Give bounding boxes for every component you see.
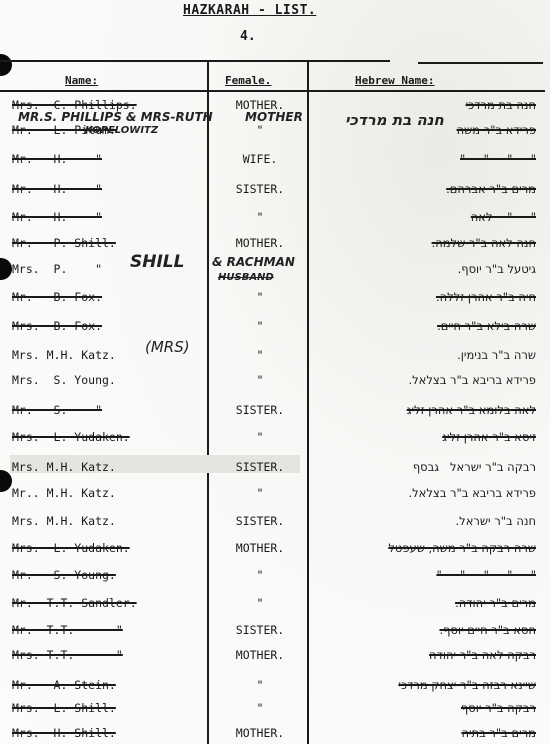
row-hebrew-name: " " לאה <box>301 210 536 224</box>
table-row: Mrs. L. Shill."רבקה ב"ר יוסף <box>0 701 550 721</box>
table-row: Mr.. M.H. Katz."פרידא בריבא ב"ר בצלאל. <box>0 486 550 506</box>
row-name: Mr. A. Stein. <box>12 678 116 692</box>
row-relation: SISTER. <box>210 460 310 474</box>
row-relation: MOTHER. <box>210 541 310 555</box>
row-hebrew-name: רבקה לאה ב"ר יהודה <box>301 648 536 662</box>
row-name: Mr.. M.H. Katz. <box>12 486 116 500</box>
row-relation: MOTHER. <box>210 236 310 250</box>
handwritten-hebrew: חנה בת מרדכי <box>345 111 444 129</box>
row-name: Mrs. H. Shill. <box>12 726 116 740</box>
table-row: Mr. A. Stein."שיינא רבזה ב"ר יצחק מרדכי <box>0 678 550 698</box>
row-relation: " <box>210 290 310 304</box>
row-name: Mr. T.T. Sandler. <box>12 596 137 610</box>
row-relation: " <box>210 373 310 387</box>
row-hebrew-name: מרים ב"ר בתיה <box>301 726 536 740</box>
row-name: Mr. S. Young. <box>12 568 116 582</box>
row-relation: " <box>210 568 310 582</box>
column-header-hebrew: Hebrew Name: <box>355 74 434 87</box>
handwritten-note: MOTHER <box>245 110 303 124</box>
row-hebrew-name: פרידא בריבא ב"ר בצלאל. <box>301 486 536 500</box>
row-name: Mrs. B. Fox. <box>12 319 102 333</box>
row-relation: " <box>210 319 310 333</box>
table-row: Mrs. M.H. Katz.SISTER.רבקה ב"ר ישראל גבס… <box>0 460 550 480</box>
row-name: Mrs. M.H. Katz. <box>12 460 116 474</box>
row-name: Mrs. S. Young. <box>12 373 116 387</box>
row-hebrew-name: לאה בלומא ב"ר אהרן זליג <box>301 403 536 417</box>
row-relation: " <box>210 348 310 362</box>
row-name: Mrs. M.H. Katz. <box>12 514 116 528</box>
table-row: Mr. H. "WIFE." " " " <box>0 152 550 172</box>
row-name: Mr. P. Shill. <box>12 236 116 250</box>
row-relation: " <box>210 596 310 610</box>
row-name: Mr. T.T. " <box>12 623 123 637</box>
table-row: Mr. S. Young."" " " " " <box>0 568 550 588</box>
row-hebrew-name: רבקה ב"ר יוסף <box>301 701 536 715</box>
row-name: Mrs. T.T. " <box>12 648 123 662</box>
table-top-rule <box>0 60 390 62</box>
punch-hole <box>0 54 12 76</box>
row-name: Mrs. M.H. Katz. <box>12 348 116 362</box>
table-row: Mr. T.T. "SISTER.חסא ב"ר חיים יוסף. <box>0 623 550 643</box>
row-hebrew-name: שרה ב"ר בנימין. <box>301 348 536 362</box>
row-relation: MOTHER. <box>210 648 310 662</box>
table-row: Mr. S. "SISTER.לאה בלומא ב"ר אהרן זליג <box>0 403 550 423</box>
handwritten-note: SHILL <box>130 252 184 272</box>
column-header-relation: Female. <box>225 74 271 87</box>
table-top-rule <box>418 62 543 64</box>
table-row: Mrs. L. Yudaken."זיסא ב"ר אהרן זליג <box>0 430 550 450</box>
row-hebrew-name: שיינא רבזה ב"ר יצחק מרדכי <box>301 678 536 692</box>
handwritten-note: & RACHMAN <box>212 255 295 269</box>
row-hebrew-name: חיה ב"ר אהרן זללה. <box>301 290 536 304</box>
table-row: Mrs. T.T. "MOTHER.רבקה לאה ב"ר יהודה <box>0 648 550 668</box>
table-row: Mr. P. Shill.MOTHER.חנה לאה ב"ר שלמה. <box>0 236 550 256</box>
table-row: Mr. H. "SISTER.מרים ב"ר אברהם. <box>0 182 550 202</box>
row-name: Mrs. P. " <box>12 262 102 276</box>
handwritten-note: HUSBAND <box>218 272 274 283</box>
table-row: Mr. T.T. Sandler."מרים ב"ר יהודה. <box>0 596 550 616</box>
row-hebrew-name: רבקה ב"ר ישראל גבסף <box>301 460 536 474</box>
table-row: Mrs. L. Yudaken.MOTHER.שרה רבקה ב"ר משה,… <box>0 541 550 561</box>
row-relation: SISTER. <box>210 403 310 417</box>
row-hebrew-name: חנה בת מרדכי <box>301 98 536 112</box>
table-row: Mr. B. Fox."חיה ב"ר אהרן זללה. <box>0 290 550 310</box>
row-relation: " <box>210 678 310 692</box>
row-relation: MOTHER. <box>210 726 310 740</box>
table-row: Mrs. M.H. Katz.SISTER.חנה ב"ר ישראל. <box>0 514 550 534</box>
document-page: HAZKARAH - LIST. 4. Name: Female. Hebrew… <box>0 0 550 744</box>
row-name: Mrs. L. Yudaken. <box>12 541 130 555</box>
row-hebrew-name: שרה בילא ב"ר חיים. <box>301 319 536 333</box>
row-hebrew-name: חסא ב"ר חיים יוסף. <box>301 623 536 637</box>
row-name: Mr. H. " <box>12 182 102 196</box>
table-row: Mrs. H. Shill.MOTHER.מרים ב"ר בתיה <box>0 726 550 744</box>
handwritten-note: MR.S. PHILLIPS & MRS-RUTH <box>18 110 213 124</box>
handwritten-note: KOPELOWITZ <box>85 125 158 136</box>
header-rule <box>0 90 545 92</box>
page-number: 4. <box>240 29 256 44</box>
handwritten-note: (MRS) <box>145 338 190 356</box>
row-hebrew-name: חנה לאה ב"ר שלמה. <box>301 236 536 250</box>
row-hebrew-name: " " " " " <box>301 568 536 582</box>
table-row: Mr. H. """ " לאה <box>0 210 550 230</box>
row-name: Mr. B. Fox. <box>12 290 102 304</box>
table-row: Mrs. B. Fox."שרה בילא ב"ר חיים. <box>0 319 550 339</box>
row-hebrew-name: חנה ב"ר ישראל. <box>301 514 536 528</box>
row-relation: " <box>210 486 310 500</box>
row-relation: " <box>210 701 310 715</box>
table-row: Mrs. S. Young."פרידא בריבא ב"ר בצלאל. <box>0 373 550 393</box>
row-hebrew-name: " " " " <box>301 152 536 166</box>
table-row: Mrs. M.H. Katz."שרה ב"ר בנימין. <box>0 348 550 368</box>
row-relation: " <box>210 430 310 444</box>
row-relation: " <box>210 210 310 224</box>
column-header-name: Name: <box>65 74 98 87</box>
table-row: Mr. L. Pitum."פרידא ב"ר משה <box>0 123 550 143</box>
row-name: Mr. H. " <box>12 152 102 166</box>
row-relation: SISTER. <box>210 623 310 637</box>
row-hebrew-name: מרים ב"ר אברהם. <box>301 182 536 196</box>
row-relation: SISTER. <box>210 514 310 528</box>
row-name: Mr. S. " <box>12 403 102 417</box>
row-name: Mrs. L. Yudaken. <box>12 430 130 444</box>
row-relation: WIFE. <box>210 152 310 166</box>
row-hebrew-name: זיסא ב"ר אהרן זליג <box>301 430 536 444</box>
document-title: HAZKARAH - LIST. <box>183 3 316 18</box>
row-relation: SISTER. <box>210 182 310 196</box>
row-hebrew-name: שרה רבקה ב"ר משה, שעפטל <box>301 541 536 555</box>
row-hebrew-name: מרים ב"ר יהודה. <box>301 596 536 610</box>
row-relation: " <box>210 123 310 137</box>
row-name: Mr. H. " <box>12 210 102 224</box>
row-hebrew-name: פרידא בריבא ב"ר בצלאל. <box>301 373 536 387</box>
row-name: Mrs. L. Shill. <box>12 701 116 715</box>
row-hebrew-name: גיטעל ב"ר יוסף. <box>301 262 536 276</box>
